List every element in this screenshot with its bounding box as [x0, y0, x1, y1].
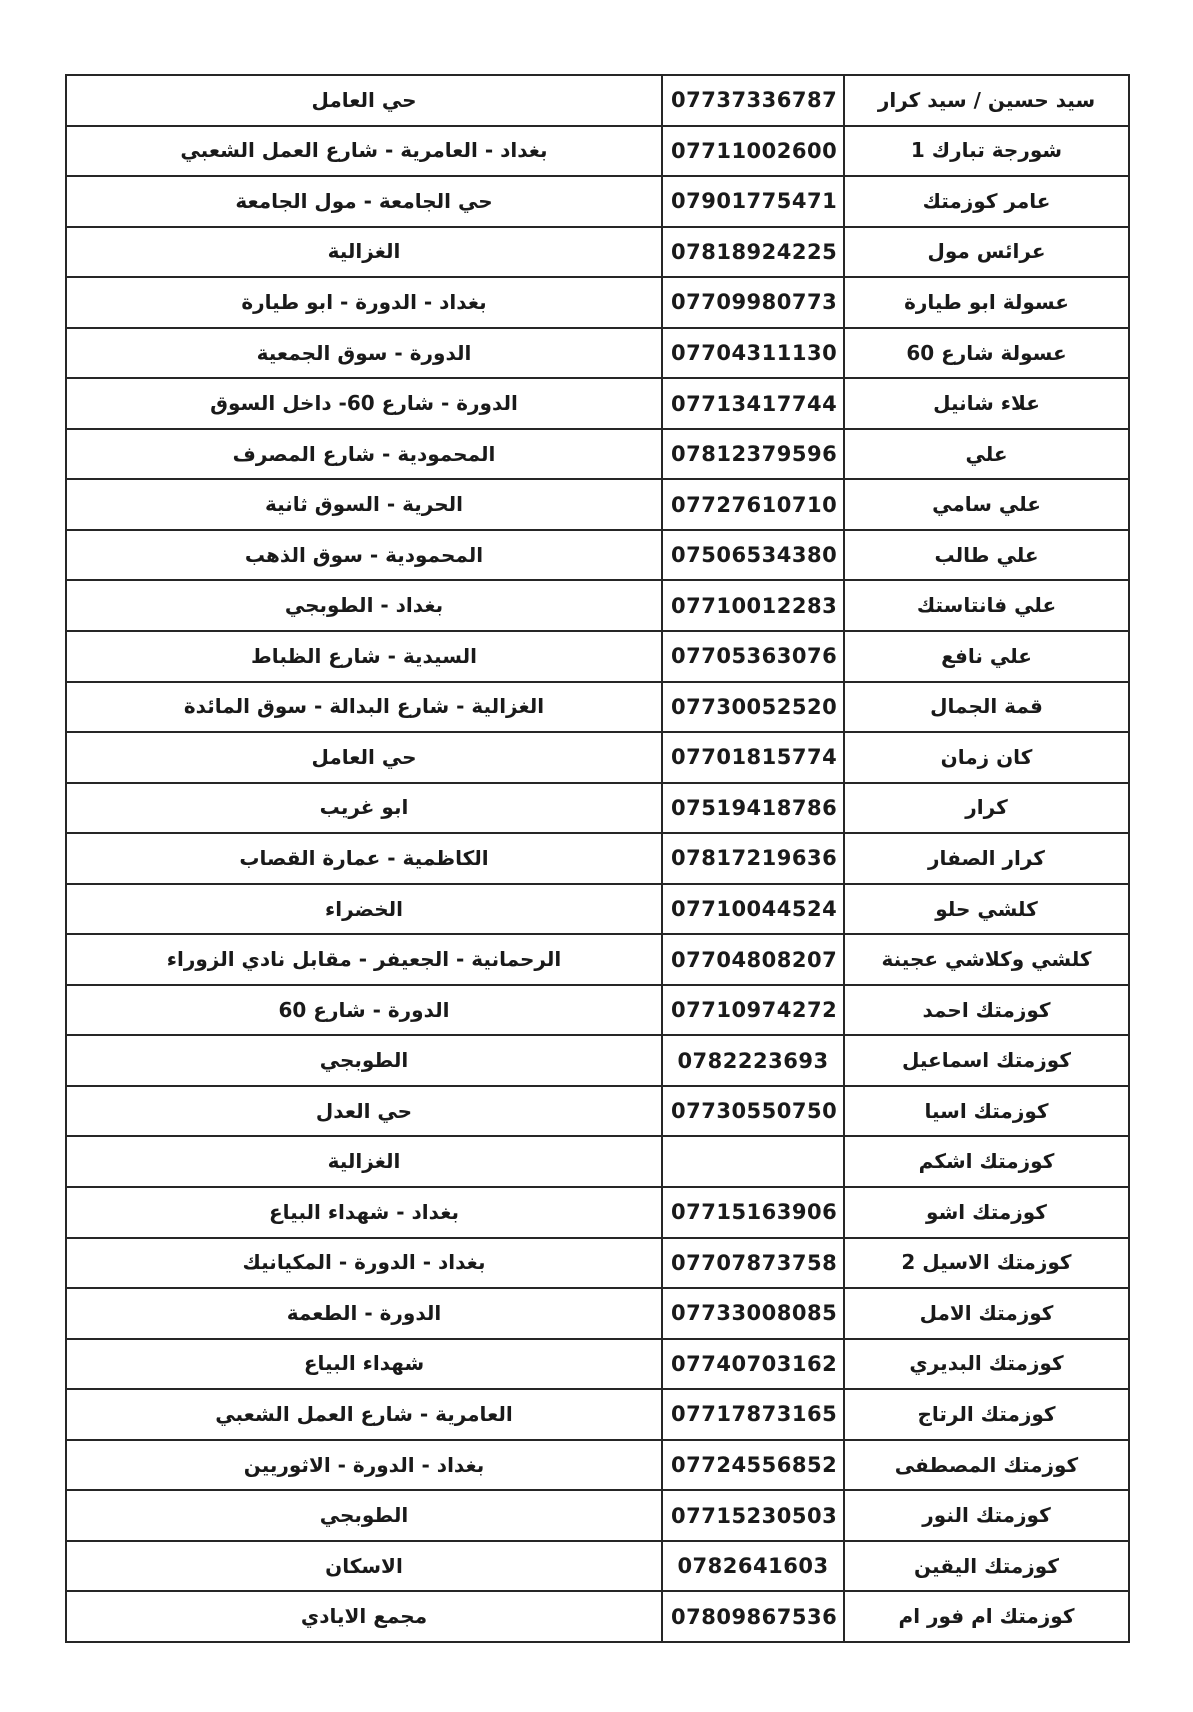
contact-name-cell: عامر كوزمتك	[844, 176, 1129, 227]
contact-name-cell: عرائس مول	[844, 227, 1129, 278]
table-row: كوزمتك المصطفى 07724556852 بغداد - الدور…	[66, 1440, 1129, 1491]
table-body: سيد حسين / سيد كرار 07737336787 حي العام…	[66, 75, 1129, 1642]
contact-address-cell: بغداد - الدورة - ابو طيارة	[66, 277, 662, 328]
contact-address-cell: الدورة - سوق الجمعية	[66, 328, 662, 379]
contact-address-cell: الغزالية	[66, 227, 662, 278]
contact-phone-cell: 07713417744	[662, 378, 844, 429]
contact-address-cell: حي العامل	[66, 732, 662, 783]
contact-name-cell: كوزمتك اسيا	[844, 1086, 1129, 1137]
contact-phone-cell: 07715230503	[662, 1490, 844, 1541]
contact-phone-cell: 0782223693	[662, 1035, 844, 1086]
contact-name-cell: كوزمتك البديري	[844, 1339, 1129, 1390]
contact-address-cell: الخضراء	[66, 884, 662, 935]
contact-phone-cell: 07737336787	[662, 75, 844, 126]
contact-address-cell: السيدية - شارع الظباط	[66, 631, 662, 682]
contact-phone-cell: 07730052520	[662, 682, 844, 733]
contact-name-cell: كوزمتك اليقين	[844, 1541, 1129, 1592]
contact-phone-cell: 07809867536	[662, 1591, 844, 1642]
contact-name-cell: كوزمتك النور	[844, 1490, 1129, 1541]
contact-name-cell: علي سامي	[844, 479, 1129, 530]
contact-address-cell: المحمودية - شارع المصرف	[66, 429, 662, 480]
table-row: كوزمتك اسيا 07730550750 حي العدل	[66, 1086, 1129, 1137]
table-row: علاء شانيل 07713417744 الدورة - شارع 60-…	[66, 378, 1129, 429]
contact-address-cell: العامرية - شارع العمل الشعبي	[66, 1389, 662, 1440]
contact-phone-cell: 07733008085	[662, 1288, 844, 1339]
contact-phone-cell: 07506534380	[662, 530, 844, 581]
contact-name-cell: علي طالب	[844, 530, 1129, 581]
contact-address-cell: بغداد - الدورة - المكيانيك	[66, 1238, 662, 1289]
contact-address-cell: الغزالية	[66, 1136, 662, 1187]
contact-phone-cell: 07705363076	[662, 631, 844, 682]
table-row: عسولة شارع 60 07704311130 الدورة - سوق ا…	[66, 328, 1129, 379]
contacts-table: سيد حسين / سيد كرار 07737336787 حي العام…	[65, 74, 1130, 1643]
contact-phone-cell: 07701815774	[662, 732, 844, 783]
contact-address-cell: الرحمانية - الجعيفر - مقابل نادي الزوراء	[66, 934, 662, 985]
contact-phone-cell: 07812379596	[662, 429, 844, 480]
table-row: علي طالب 07506534380 المحمودية - سوق الذ…	[66, 530, 1129, 581]
contact-name-cell: كوزمتك المصطفى	[844, 1440, 1129, 1491]
contact-phone-cell: 07704311130	[662, 328, 844, 379]
table-row: كوزمتك الاسيل 2 07707873758 بغداد - الدو…	[66, 1238, 1129, 1289]
contact-address-cell: بغداد - الطوبجي	[66, 580, 662, 631]
contact-phone-cell: 07710012283	[662, 580, 844, 631]
contact-name-cell: علي فانتاستك	[844, 580, 1129, 631]
contact-address-cell: المحمودية - سوق الذهب	[66, 530, 662, 581]
contacts-table-container: سيد حسين / سيد كرار 07737336787 حي العام…	[67, 74, 1130, 1643]
table-row: كلشي وكلاشي عجينة 07704808207 الرحمانية …	[66, 934, 1129, 985]
contact-phone-cell: 07817219636	[662, 833, 844, 884]
contact-name-cell: قمة الجمال	[844, 682, 1129, 733]
contact-address-cell: شهداء البياع	[66, 1339, 662, 1390]
table-row: عرائس مول 07818924225 الغزالية	[66, 227, 1129, 278]
contact-phone-cell: 07707873758	[662, 1238, 844, 1289]
contact-address-cell: الغزالية - شارع البدالة - سوق المائدة	[66, 682, 662, 733]
contact-name-cell: عسولة شارع 60	[844, 328, 1129, 379]
table-row: كوزمتك اليقين 0782641603 الاسكان	[66, 1541, 1129, 1592]
contact-phone-cell: 07740703162	[662, 1339, 844, 1390]
contact-name-cell: عسولة ابو طيارة	[844, 277, 1129, 328]
table-row: علي 07812379596 المحمودية - شارع المصرف	[66, 429, 1129, 480]
contact-phone-cell: 07901775471	[662, 176, 844, 227]
table-row: كان زمان 07701815774 حي العامل	[66, 732, 1129, 783]
contact-phone-cell	[662, 1136, 844, 1187]
contact-name-cell: شورجة تبارك 1	[844, 126, 1129, 177]
contact-address-cell: الحرية - السوق ثانية	[66, 479, 662, 530]
contact-phone-cell: 07715163906	[662, 1187, 844, 1238]
contact-name-cell: علي	[844, 429, 1129, 480]
table-row: كرار 07519418786 ابو غريب	[66, 783, 1129, 834]
table-row: شورجة تبارك 1 07711002600 بغداد - العامر…	[66, 126, 1129, 177]
table-row: كوزمتك اشو 07715163906 بغداد - شهداء الب…	[66, 1187, 1129, 1238]
table-row: كوزمتك احمد 07710974272 الدورة - شارع 60	[66, 985, 1129, 1036]
contact-phone-cell: 07818924225	[662, 227, 844, 278]
contact-phone-cell: 0782641603	[662, 1541, 844, 1592]
table-row: كلشي حلو 07710044524 الخضراء	[66, 884, 1129, 935]
contact-address-cell: الدورة - شارع 60	[66, 985, 662, 1036]
contact-phone-cell: 07709980773	[662, 277, 844, 328]
contact-name-cell: كوزمتك ام فور ام	[844, 1591, 1129, 1642]
contact-address-cell: الطوبجي	[66, 1490, 662, 1541]
table-row: كوزمتك النور 07715230503 الطوبجي	[66, 1490, 1129, 1541]
contact-address-cell: الطوبجي	[66, 1035, 662, 1086]
table-row: كوزمتك اسماعيل 0782223693 الطوبجي	[66, 1035, 1129, 1086]
document-page: سيد حسين / سيد كرار 07737336787 حي العام…	[0, 0, 1193, 1712]
contact-address-cell: مجمع الايادي	[66, 1591, 662, 1642]
contact-name-cell: سيد حسين / سيد كرار	[844, 75, 1129, 126]
contact-name-cell: كلشي حلو	[844, 884, 1129, 935]
contact-address-cell: الاسكان	[66, 1541, 662, 1592]
contact-address-cell: ابو غريب	[66, 783, 662, 834]
table-row: كوزمتك الامل 07733008085 الدورة - الطعمة	[66, 1288, 1129, 1339]
contact-phone-cell: 07710974272	[662, 985, 844, 1036]
table-row: عسولة ابو طيارة 07709980773 بغداد - الدو…	[66, 277, 1129, 328]
contact-name-cell: كوزمتك اشو	[844, 1187, 1129, 1238]
contact-name-cell: كلشي وكلاشي عجينة	[844, 934, 1129, 985]
table-row: علي سامي 07727610710 الحرية - السوق ثاني…	[66, 479, 1129, 530]
contact-name-cell: كرار الصفار	[844, 833, 1129, 884]
contact-name-cell: علاء شانيل	[844, 378, 1129, 429]
contact-address-cell: حي العدل	[66, 1086, 662, 1137]
contact-name-cell: كوزمتك الاسيل 2	[844, 1238, 1129, 1289]
contact-address-cell: الدورة - الطعمة	[66, 1288, 662, 1339]
contact-name-cell: كوزمتك احمد	[844, 985, 1129, 1036]
table-row: علي فانتاستك 07710012283 بغداد - الطوبجي	[66, 580, 1129, 631]
contact-name-cell: كوزمتك اسماعيل	[844, 1035, 1129, 1086]
contact-phone-cell: 07710044524	[662, 884, 844, 935]
table-row: كوزمتك الرتاج 07717873165 العامرية - شار…	[66, 1389, 1129, 1440]
contact-address-cell: حي العامل	[66, 75, 662, 126]
contact-phone-cell: 07717873165	[662, 1389, 844, 1440]
table-row: كوزمتك اشكم الغزالية	[66, 1136, 1129, 1187]
contact-name-cell: كوزمتك اشكم	[844, 1136, 1129, 1187]
table-row: كوزمتك ام فور ام 07809867536 مجمع الاياد…	[66, 1591, 1129, 1642]
contact-address-cell: بغداد - شهداء البياع	[66, 1187, 662, 1238]
table-row: قمة الجمال 07730052520 الغزالية - شارع ا…	[66, 682, 1129, 733]
contact-address-cell: الدورة - شارع 60- داخل السوق	[66, 378, 662, 429]
table-row: كوزمتك البديري 07740703162 شهداء البياع	[66, 1339, 1129, 1390]
contact-name-cell: كان زمان	[844, 732, 1129, 783]
contact-phone-cell: 07519418786	[662, 783, 844, 834]
contact-address-cell: حي الجامعة - مول الجامعة	[66, 176, 662, 227]
table-row: علي نافع 07705363076 السيدية - شارع الظب…	[66, 631, 1129, 682]
contact-name-cell: علي نافع	[844, 631, 1129, 682]
contact-name-cell: كرار	[844, 783, 1129, 834]
contact-phone-cell: 07724556852	[662, 1440, 844, 1491]
table-row: عامر كوزمتك 07901775471 حي الجامعة - مول…	[66, 176, 1129, 227]
contact-address-cell: بغداد - العامرية - شارع العمل الشعبي	[66, 126, 662, 177]
contact-address-cell: الكاظمية - عمارة القصاب	[66, 833, 662, 884]
table-row: كرار الصفار 07817219636 الكاظمية - عمارة…	[66, 833, 1129, 884]
contact-phone-cell: 07711002600	[662, 126, 844, 177]
contact-name-cell: كوزمتك الامل	[844, 1288, 1129, 1339]
contact-phone-cell: 07730550750	[662, 1086, 844, 1137]
contact-phone-cell: 07727610710	[662, 479, 844, 530]
table-row: سيد حسين / سيد كرار 07737336787 حي العام…	[66, 75, 1129, 126]
contact-name-cell: كوزمتك الرتاج	[844, 1389, 1129, 1440]
contact-phone-cell: 07704808207	[662, 934, 844, 985]
contact-address-cell: بغداد - الدورة - الاثوريين	[66, 1440, 662, 1491]
